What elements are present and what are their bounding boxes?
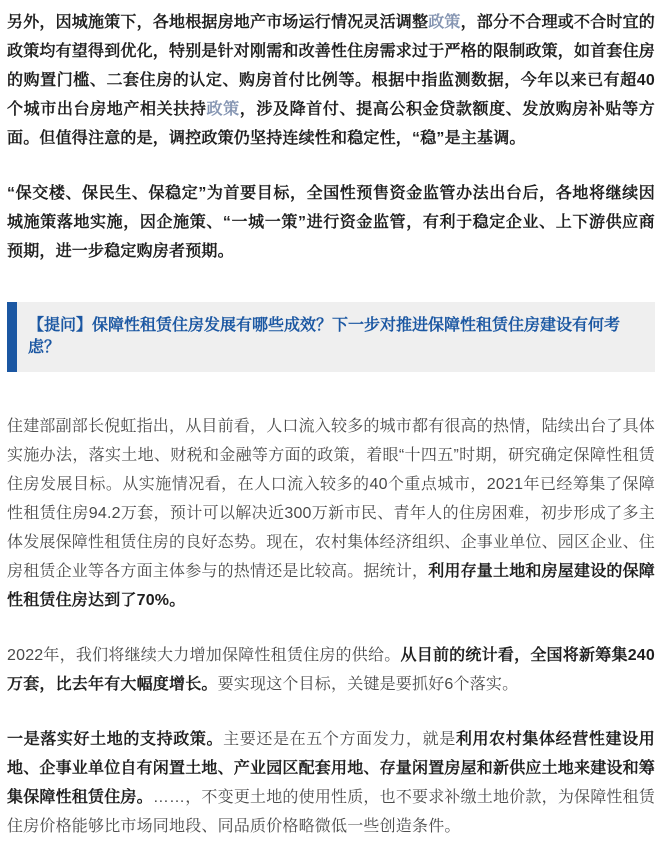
question-accent-bar xyxy=(7,302,17,372)
text-segment: 要实现这个目标，关键是要抓好6个落实。 xyxy=(218,676,519,693)
paragraph: 住建部副部长倪虹指出，从目前看，人口流入较多的城市都有很高的热情，陆续出台了具体… xyxy=(7,412,655,615)
question-title: 【提问】保障性租赁住房发展有哪些成效？下一步对推进保障性租赁住房建设有何考虑？ xyxy=(17,302,655,372)
text-segment: 2022年，我们将继续大力增加保障性租赁住房的供给。 xyxy=(7,647,400,664)
text-segment: 一是落实好土地的支持政策。 xyxy=(7,731,223,748)
paragraph: 一是落实好土地的支持政策。主要还是在五个方面发力，就是利用农村集体经营性建设用地… xyxy=(7,725,655,841)
paragraph: 另外，因城施策下，各地根据房地产市场运行情况灵活调整政策，部分不合理或不合时宜的… xyxy=(7,8,655,153)
text-segment: 主要还是在五个方面发力，就是 xyxy=(223,731,456,748)
question-box: 【提问】保障性租赁住房发展有哪些成效？下一步对推进保障性租赁住房建设有何考虑？ xyxy=(7,302,655,372)
policy-link[interactable]: 政策 xyxy=(207,101,240,118)
article: 另外，因城施策下，各地根据房地产市场运行情况灵活调整政策，部分不合理或不合时宜的… xyxy=(0,0,663,841)
text-segment: 另外，因城施策下，各地根据房地产市场运行情况灵活调整 xyxy=(7,14,428,31)
paragraph: “保交楼、保民生、保稳定”为首要目标，全国性预售资金监管办法出台后，各地将继续因… xyxy=(7,179,655,266)
text-segment: 住建部副部长倪虹指出，从目前看，人口流入较多的城市都有很高的热情，陆续出台了具体… xyxy=(7,418,655,580)
paragraph: 2022年，我们将继续大力增加保障性租赁住房的供给。从目前的统计看，全国将新筹集… xyxy=(7,641,655,699)
text-segment: “保交楼、保民生、保稳定”为首要目标，全国性预售资金监管办法出台后，各地将继续因… xyxy=(7,185,655,260)
policy-link[interactable]: 政策 xyxy=(428,14,460,31)
